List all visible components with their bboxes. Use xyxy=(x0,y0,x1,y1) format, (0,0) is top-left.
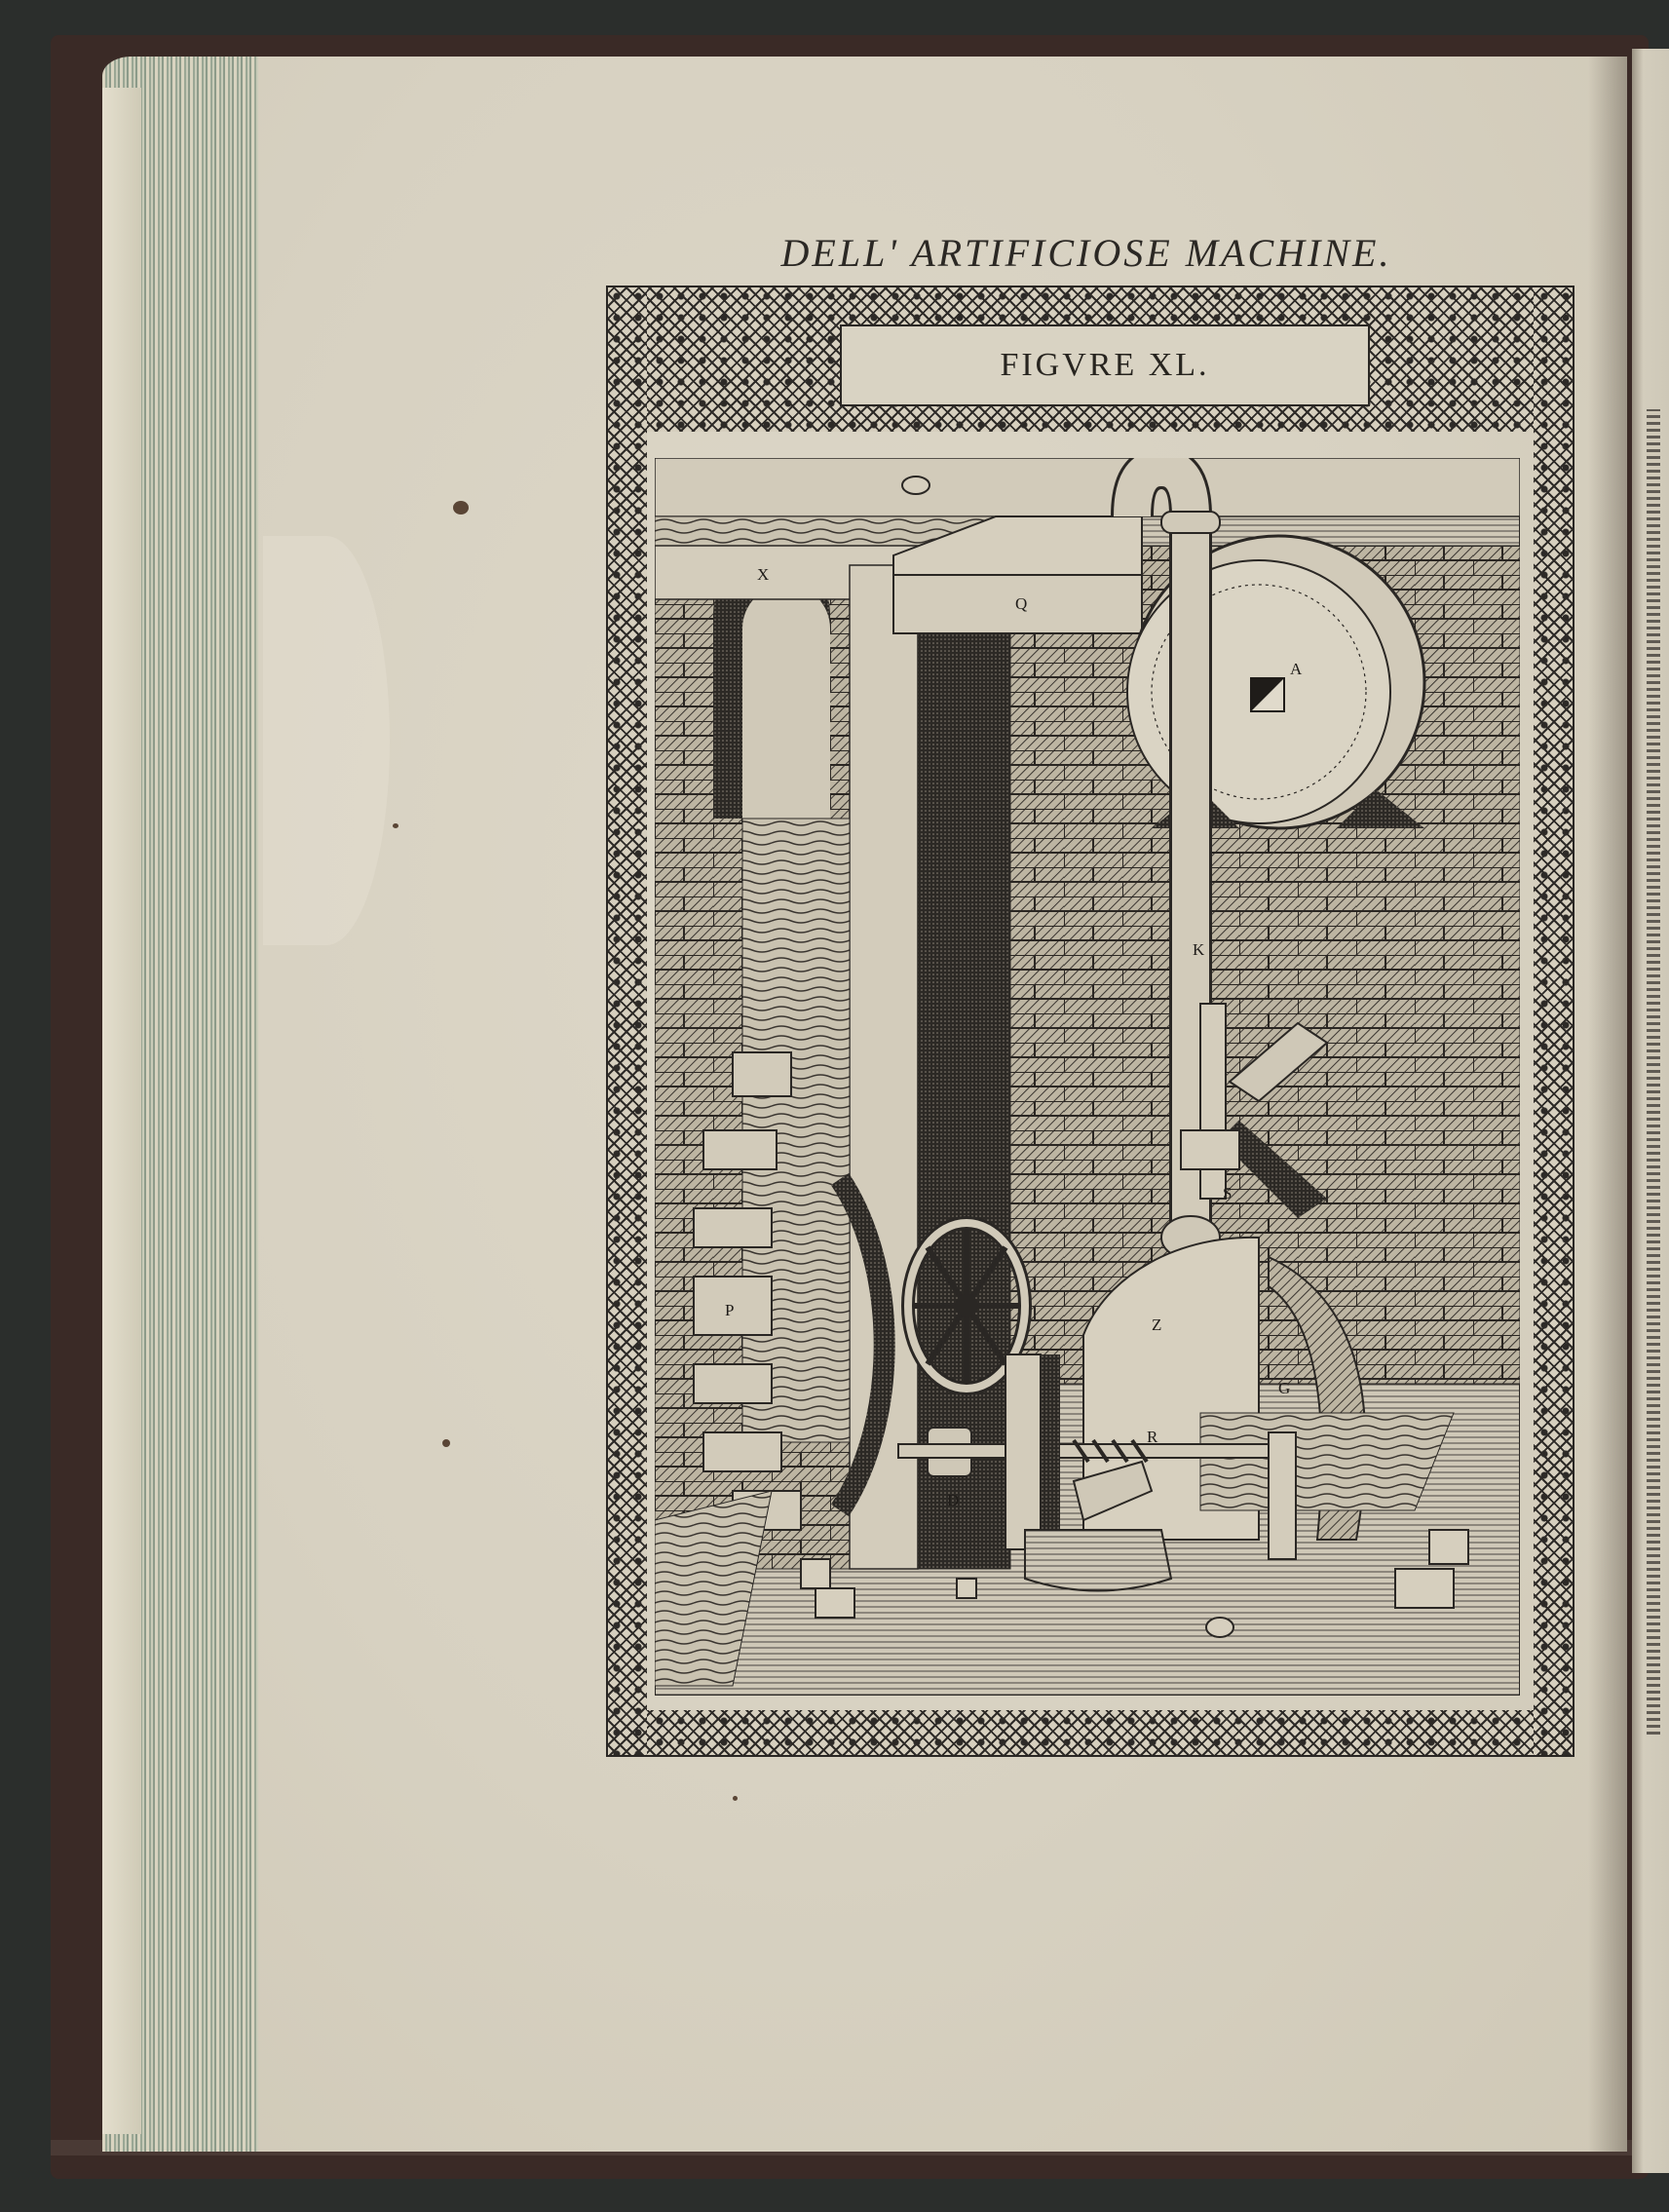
water-stain xyxy=(263,536,390,945)
figure-frame: FIGVRE XL. xyxy=(606,286,1574,1757)
shaft-r xyxy=(898,1444,1288,1458)
label-s: S xyxy=(1223,1184,1232,1202)
label-q: Q xyxy=(1015,594,1027,613)
label-p: P xyxy=(725,1301,734,1319)
running-head: DELL' ARTIFICIOSE MACHINE. xyxy=(716,230,1457,276)
facing-page-border xyxy=(1647,409,1660,1735)
foxing-spot xyxy=(442,1439,450,1447)
figure-title: FIGVRE XL. xyxy=(840,324,1370,406)
label-d: D xyxy=(947,1491,959,1509)
gutter-shadow xyxy=(1588,57,1627,2152)
page-fore-edge-highlight xyxy=(102,88,141,2134)
label-z: Z xyxy=(1152,1316,1161,1334)
label-g: G xyxy=(1278,1379,1290,1397)
claw-foot-base xyxy=(1025,1530,1171,1591)
label-a: A xyxy=(1290,660,1303,678)
label-k: K xyxy=(1193,940,1205,959)
engraving-illustration: X Q A K S P Z G D R xyxy=(655,458,1520,1696)
foxing-spot xyxy=(393,823,398,828)
label-x: X xyxy=(757,565,769,584)
foxing-spot xyxy=(733,1796,738,1801)
label-r: R xyxy=(1147,1428,1158,1446)
foxing-spot xyxy=(453,501,469,515)
